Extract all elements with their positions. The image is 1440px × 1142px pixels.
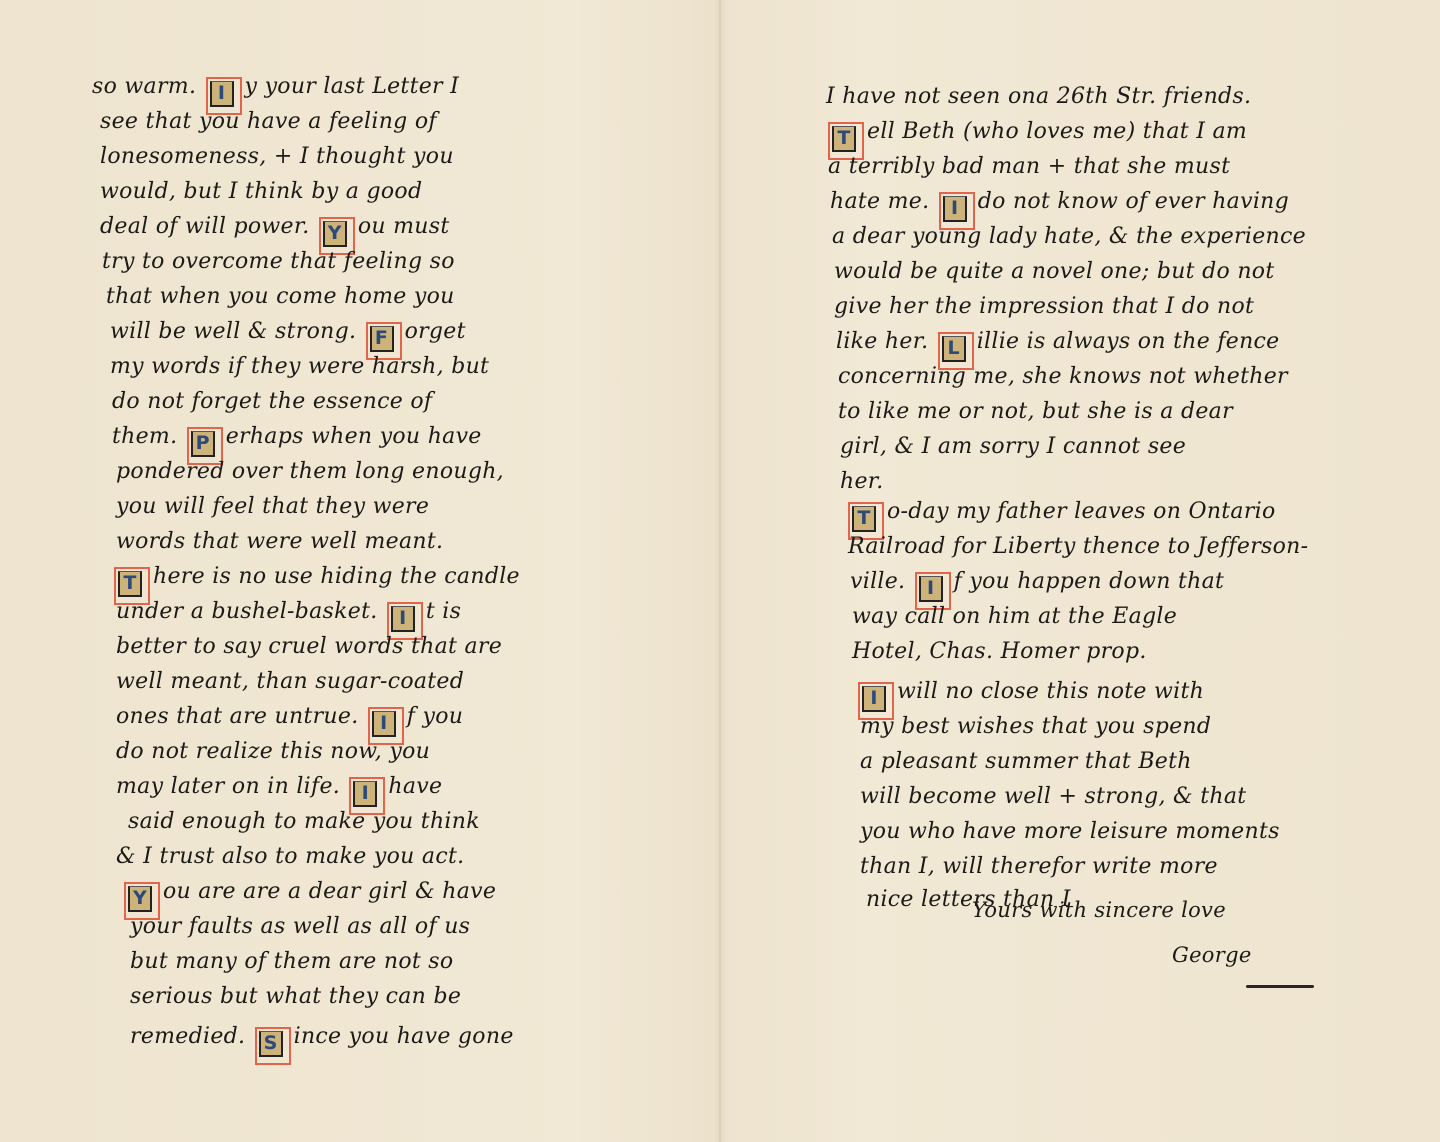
text-line: my best wishes that you spend <box>860 712 1211 742</box>
text-line: see that you have a feeling of <box>100 107 437 137</box>
line-text: do not forget the essence of <box>112 389 432 414</box>
text-line: try to overcome that feeling so <box>102 247 455 277</box>
text-line: pondered over them long enough, <box>116 457 504 487</box>
line-text: here is no use hiding the candle <box>153 564 520 589</box>
text-line: than I, will therefor write more <box>860 852 1218 882</box>
text-line: words that were well meant. <box>116 527 443 557</box>
line-text: lonesomeness, + I thought you <box>100 144 454 169</box>
line-text: a pleasant summer that Beth <box>860 749 1192 774</box>
text-line: way call on him at the Eagle <box>852 602 1177 632</box>
line-text: would, but I think by a good <box>100 179 422 204</box>
text-line: a dear young lady hate, & the experience <box>832 222 1306 252</box>
line-text: pondered over them long enough, <box>116 459 504 484</box>
initial-letter: I <box>353 781 377 807</box>
line-text: ou are are a dear girl & have <box>163 879 496 904</box>
text-line: a pleasant summer that Beth <box>860 747 1192 777</box>
text-line: a terribly bad man + that she must <box>828 152 1230 182</box>
text-line: girl, & I am sorry I cannot see <box>840 432 1186 462</box>
text-line: will become well + strong, & that <box>860 782 1246 812</box>
line-text: do not know of ever having <box>978 189 1289 214</box>
line-text: girl, & I am sorry I cannot see <box>840 434 1186 459</box>
initial-letter: Y <box>128 886 152 912</box>
initial-letter: T <box>118 571 142 597</box>
text-line: remedied. Since you have gone <box>130 1022 514 1065</box>
initial-letter: T <box>832 126 856 152</box>
text-line: to like me or not, but she is a dear <box>838 397 1233 427</box>
initial-letter: I <box>391 606 415 632</box>
line-text: f you happen down that <box>954 569 1225 594</box>
initial-letter: I <box>372 711 396 737</box>
line-text: see that you have a feeling of <box>100 109 437 134</box>
text-line: but many of them are not so <box>130 947 453 977</box>
text-line: well meant, than sugar-coated <box>116 667 464 697</box>
line-text: erhaps when you have <box>226 424 482 449</box>
line-text: Railroad for Liberty thence to Jefferson… <box>848 534 1308 559</box>
text-line: my words if they were harsh, but <box>110 352 489 382</box>
initial-letter: I <box>943 196 967 222</box>
line-text: but many of them are not so <box>130 949 453 974</box>
text-line: Railroad for Liberty thence to Jefferson… <box>848 532 1308 562</box>
line-text: my words if they were harsh, but <box>110 354 489 379</box>
line-text: well meant, than sugar-coated <box>116 669 464 694</box>
line-text: ell Beth (who loves me) that I am <box>867 119 1247 144</box>
line-text: t is <box>426 599 461 624</box>
text-line: lonesomeness, + I thought you <box>100 142 454 172</box>
line-text: illie is always on the fence <box>977 329 1280 354</box>
line-text: Hotel, Chas. Homer prop. <box>852 639 1147 664</box>
line-text: a terribly bad man + that she must <box>828 154 1230 179</box>
initial-letter: S <box>259 1031 283 1057</box>
line-text: her. <box>840 469 883 494</box>
line-text: under a bushel-basket. <box>116 599 385 624</box>
line-text: your faults as well as all of us <box>130 914 470 939</box>
line-text: hate me. <box>830 189 937 214</box>
initial-letter: I <box>919 576 943 602</box>
initial-letter: I <box>210 81 234 107</box>
line-text: y your last Letter I <box>245 74 460 99</box>
line-text: would be quite a novel one; but do not <box>834 259 1275 284</box>
text-line: I have not seen ona 26th Str. friends. <box>826 82 1251 112</box>
line-text: that when you come home you <box>106 284 455 309</box>
text-line: said enough to make you think <box>128 807 480 837</box>
line-text: will become well + strong, & that <box>860 784 1246 809</box>
text-line: her. <box>840 467 883 497</box>
line-text: & I trust also to make you act. <box>116 844 464 869</box>
right-page: I have not seen ona 26th Str. friends.Te… <box>720 0 1440 1142</box>
text-line: would be quite a novel one; but do not <box>834 257 1275 287</box>
line-text: way call on him at the Eagle <box>852 604 1177 629</box>
line-text: may later on in life. <box>116 774 347 799</box>
text-line: Hotel, Chas. Homer prop. <box>852 637 1147 667</box>
line-text: ones that are untrue. <box>116 704 366 729</box>
text-line: you will feel that they were <box>116 492 429 522</box>
line-text: said enough to make you think <box>128 809 480 834</box>
line-text: like her. <box>836 329 936 354</box>
text-line: serious but what they can be <box>130 982 461 1012</box>
line-text: try to overcome that feeling so <box>102 249 455 274</box>
initial-letter: T <box>852 506 876 532</box>
text-line: do not forget the essence of <box>112 387 432 417</box>
line-text: a dear young lady hate, & the experience <box>832 224 1306 249</box>
line-text: give her the impression that I do not <box>834 294 1254 319</box>
line-text: to like me or not, but she is a dear <box>838 399 1233 424</box>
line-text: concerning me, she knows not whether <box>838 364 1288 389</box>
line-text: you will feel that they were <box>116 494 429 519</box>
line-text: do not realize this now, you <box>116 739 430 764</box>
initial-letter: I <box>862 686 886 712</box>
text-line: do not realize this now, you <box>116 737 430 767</box>
line-text: words that were well meant. <box>116 529 443 554</box>
line-text: you who have more leisure moments <box>860 819 1280 844</box>
line-text: will be well & strong. <box>110 319 364 344</box>
signature: George <box>1172 940 1252 970</box>
closing-line: Yours with sincere love <box>972 895 1226 925</box>
line-text: serious but what they can be <box>130 984 461 1009</box>
text-line: better to say cruel words that are <box>116 632 502 662</box>
line-text: deal of will power. <box>100 214 317 239</box>
initial-letter: P <box>191 431 215 457</box>
line-text: ou must <box>358 214 450 239</box>
left-page: so warm. Iy your last Letter Isee that y… <box>0 0 720 1142</box>
line-text: so warm. <box>92 74 204 99</box>
initial-letter: L <box>942 336 966 362</box>
line-text: my best wishes that you spend <box>860 714 1211 739</box>
illuminated-initial: S <box>255 1027 291 1065</box>
line-text: ince you have gone <box>294 1024 514 1049</box>
line-text: will no close this note with <box>897 679 1204 704</box>
text-line: your faults as well as all of us <box>130 912 470 942</box>
initial-letter: Y <box>323 221 347 247</box>
line-text: them. <box>112 424 185 449</box>
text-line: would, but I think by a good <box>100 177 422 207</box>
line-text: ville. <box>850 569 913 594</box>
signature-underline <box>1246 985 1314 988</box>
text-line: concerning me, she knows not whether <box>838 362 1288 392</box>
text-line: that when you come home you <box>106 282 455 312</box>
text-line: you who have more leisure moments <box>860 817 1280 847</box>
initial-letter: F <box>370 326 394 352</box>
letter-spread: so warm. Iy your last Letter Isee that y… <box>0 0 1440 1142</box>
line-text: remedied. <box>130 1024 253 1049</box>
text-line: give her the impression that I do not <box>834 292 1254 322</box>
line-text: orget <box>405 319 466 344</box>
line-text: have <box>388 774 442 799</box>
line-text: than I, will therefor write more <box>860 854 1218 879</box>
line-text: o-day my father leaves on Ontario <box>887 499 1276 524</box>
text-line: & I trust also to make you act. <box>116 842 464 872</box>
line-text: better to say cruel words that are <box>116 634 502 659</box>
line-text: I have not seen ona 26th Str. friends. <box>826 84 1251 109</box>
line-text: f you <box>407 704 463 729</box>
